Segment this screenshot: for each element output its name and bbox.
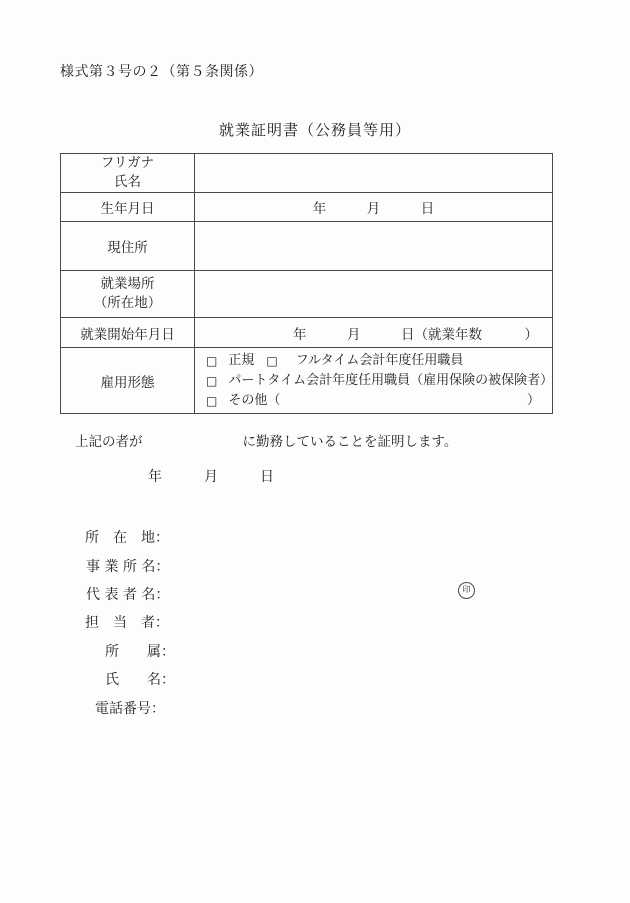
representative-label: 代 表 者 名： [86, 584, 169, 604]
address-input-area[interactable] [169, 523, 552, 551]
employment-type-options-cell: □ 正規 □ フルタイム会計年度任用職員 □ パートタイム会計年度任用職員（雇用… [195, 348, 553, 414]
address-line-label: 所 在 地： [85, 527, 169, 547]
phone-label: 電話番号： [95, 698, 165, 718]
employment-type-option-line: □ その他（ ） [195, 391, 552, 411]
start-date-input-cell[interactable]: 年 月 日（就業年数 ） [195, 318, 553, 348]
contact-person-label: 担 当 者： [85, 612, 169, 632]
workplace-label-cell: 就業場所 （所在地） [61, 271, 195, 318]
department-line: 所 属： [60, 637, 552, 665]
seal-character: 印 [462, 586, 470, 594]
certification-date[interactable]: 年 月 日 [148, 466, 274, 486]
seal-icon: 印 [458, 582, 475, 599]
certify-prefix: 上記の者が [75, 434, 143, 450]
workplace-sublabel: （所在地） [61, 294, 194, 313]
checkbox-fulltime[interactable]: □ [266, 355, 277, 367]
employer-name-blank[interactable] [143, 436, 243, 450]
employment-type-option-line: □ パートタイム会計年度任用職員（雇用保険の被保険者） [195, 371, 552, 391]
page-title: 就業証明書（公務員等用） [0, 119, 630, 140]
start-date-close-paren: ） [525, 323, 539, 343]
form-number: 様式第３号の２（第５条関係） [60, 61, 263, 81]
name-label-cell: フリガナ 氏名 [61, 154, 195, 193]
phone-line: 電話番号： [60, 693, 552, 721]
employment-type-option-line: □ 正規 □ フルタイム会計年度任用職員 [195, 351, 552, 371]
department-label: 所 属： [105, 641, 175, 661]
signature-block: 所 在 地： 事 業 所 名： 代 表 者 名： 担 当 者： 所 属： 氏 名… [60, 523, 552, 722]
address-line: 所 在 地： [60, 523, 552, 551]
workplace-label: 就業場所 [61, 275, 194, 294]
table-row: 雇用形態 □ 正規 □ フルタイム会計年度任用職員 □ パートタイム会計年度任用… [61, 348, 553, 414]
certification-statement: 上記の者がに勤務していることを証明します。 [75, 430, 457, 450]
table-row: フリガナ 氏名 [61, 154, 553, 193]
table-row: 就業場所 （所在地） [61, 271, 553, 318]
workplace-input-cell[interactable] [195, 271, 553, 318]
office-name-label: 事 業 所 名： [86, 556, 169, 576]
option-regular-label: 正規 [228, 351, 254, 371]
table-row: 生年月日 年 月 日 [61, 193, 553, 222]
table-row: 現住所 [61, 222, 553, 271]
option-other-close-paren: ） [527, 391, 540, 411]
birthdate-input-cell[interactable]: 年 月 日 [195, 193, 553, 222]
checkbox-other[interactable]: □ [206, 395, 217, 407]
representative-line: 代 表 者 名： [60, 580, 552, 608]
option-parttime-label: パートタイム会計年度任用職員（雇用保険の被保険者） [228, 371, 553, 391]
table-row: 就業開始年月日 年 月 日（就業年数 ） [61, 318, 553, 348]
current-address-label: 現住所 [61, 222, 195, 271]
representative-input-area[interactable] [169, 580, 552, 608]
birthdate-label: 生年月日 [61, 193, 195, 222]
office-name-line: 事 業 所 名： [60, 551, 552, 579]
checkbox-parttime[interactable]: □ [206, 375, 217, 387]
employment-type-label: 雇用形態 [61, 348, 195, 414]
certify-suffix: に勤務していることを証明します。 [243, 434, 458, 450]
checkbox-regular[interactable]: □ [206, 355, 217, 367]
start-date-label: 就業開始年月日 [61, 318, 195, 348]
option-other-label: その他（ [228, 391, 280, 411]
office-name-input-area[interactable] [169, 551, 552, 579]
department-input-area[interactable] [175, 637, 552, 665]
furigana-label: フリガナ [61, 154, 194, 173]
contact-person-input-area[interactable] [169, 608, 552, 636]
phone-input-area[interactable] [165, 693, 552, 721]
employment-certificate-form: 様式第３号の２（第５条関係） 就業証明書（公務員等用） フリガナ 氏名 生年月日… [0, 0, 630, 903]
start-date-template-text: 年 月 日（就業年数 [293, 323, 482, 343]
staff-name-input-area[interactable] [175, 665, 552, 693]
name-label: 氏名 [61, 173, 194, 192]
option-fulltime-label: フルタイム会計年度任用職員 [296, 351, 464, 371]
current-address-input-cell[interactable] [195, 222, 553, 271]
staff-name-label: 氏 名： [105, 669, 175, 689]
employment-form-table: フリガナ 氏名 生年月日 年 月 日 現住所 就業場所 （所在地） [60, 153, 553, 414]
staff-name-line: 氏 名： [60, 665, 552, 693]
name-input-cell[interactable] [195, 154, 553, 193]
contact-person-line: 担 当 者： [60, 608, 552, 636]
